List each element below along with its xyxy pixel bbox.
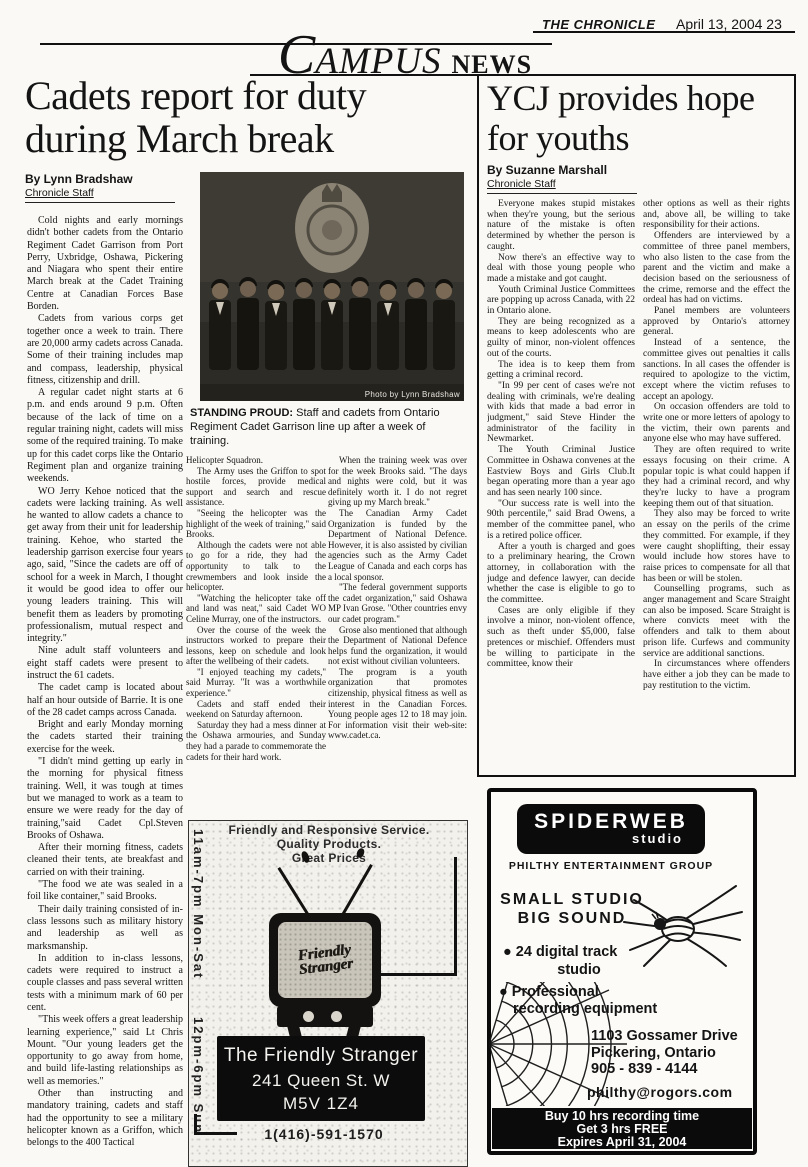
paragraph: Over the course of the week the instruct… [186, 625, 326, 667]
tv-logo: Friendly Stranger [296, 943, 353, 977]
sw-address: 1103 Gossamer Drive Pickering, Ontario 9… [591, 1028, 751, 1078]
paragraph: Now there's an effective way to deal wit… [487, 253, 635, 285]
cadets-column-3: When the training week was over for the … [328, 455, 467, 819]
fs-store-name: The Friendly Stranger [217, 1045, 425, 1067]
paragraph: "I didn't mind getting up early in the m… [27, 756, 183, 842]
fs-postal-code: M5V 1Z4 [217, 1094, 425, 1114]
cadets-byline-name: By Lynn Bradshaw [25, 172, 175, 186]
paragraph: Counselling programs, such as anger mana… [643, 584, 790, 659]
ycj-byline-name: By Suzanne Marshall [487, 163, 637, 177]
fs-info-box: The Friendly Stranger 241 Queen St. W M5… [217, 1036, 425, 1121]
sw-address-line1: 1103 Gossamer Drive [591, 1028, 751, 1045]
friendly-stranger-ad: Friendly and Responsive Service. Quality… [188, 820, 468, 1167]
cadets-byline-org: Chronicle Staff [25, 187, 175, 199]
photo-caption: STANDING PROUD: Staff and cadets from On… [190, 406, 448, 448]
sw-group-name: PHILTHY ENTERTAINMENT GROUP [491, 860, 731, 872]
paragraph: Bright and early Monday morning the cade… [27, 719, 183, 756]
paragraph: The Army uses the Griffon to spot hostil… [186, 466, 326, 508]
paragraph: "Seeing the helicopter was the highlight… [186, 508, 326, 540]
ycj-article-box: YCJ provides hope for youths By Suzanne … [477, 74, 796, 777]
paragraph: "Watching the helicopter take off and la… [186, 593, 326, 625]
paragraph: In circumstances where offenders have ei… [643, 659, 790, 691]
ycj-byline: By Suzanne Marshall Chronicle Staff [487, 163, 637, 194]
paragraph: A regular cadet night starts at 6 p.m. a… [27, 387, 183, 485]
cadets-column-1: Cold nights and early mornings didn't bo… [27, 215, 183, 1153]
tv-base [277, 1006, 373, 1027]
photo-caption-lead: STANDING PROUD: [190, 407, 293, 419]
paragraph: Instead of a sentence, the committee giv… [643, 338, 790, 402]
cadets-headline: Cadets report for duty during March brea… [25, 74, 475, 160]
sw-email: philthy@rogors.com [587, 1084, 733, 1100]
sw-address-line2: Pickering, Ontario [591, 1045, 751, 1062]
paragraph: The idea is to keep them from getting a … [487, 360, 635, 381]
paragraph: Nine adult staff volunteers and eight st… [27, 645, 183, 682]
tv-knob-icon [303, 1011, 314, 1022]
photo-credit: Photo by Lynn Bradshaw [365, 390, 460, 399]
paragraph: Cadets from various corps get together o… [27, 313, 183, 387]
paragraph: On occasion offenders are told to write … [643, 402, 790, 445]
sw-phone: 905 - 839 - 4144 [591, 1061, 751, 1078]
ycj-headline: YCJ provides hope for youths [487, 78, 789, 159]
tv-antenna-right-icon [341, 864, 373, 916]
ycj-byline-org: Chronicle Staff [487, 178, 637, 190]
paragraph: They are being recognized as a means to … [487, 317, 635, 360]
fs-phone: 1(416)-591-1570 [219, 1126, 429, 1142]
sw-offer-banner: Buy 10 hrs recording time Get 3 hrs FREE… [492, 1108, 752, 1149]
paragraph: Youth Criminal Justice Committees are po… [487, 285, 635, 317]
paragraph: Grose also mentioned that although the D… [328, 625, 467, 667]
paragraph: When the training week was over for the … [328, 455, 467, 508]
spiderweb-ad: SPIDERWEB studio PHILTHY ENTERTAINMENT G… [487, 788, 757, 1155]
paragraph: The program is a youth organization that… [328, 667, 467, 741]
paragraph: The Youth Criminal Justice Committee in … [487, 445, 635, 499]
paragraph: After their morning fitness, cadets clea… [27, 842, 183, 879]
fs-tagline-2: Quality Products. [209, 837, 449, 851]
tv-antenna-left-icon [277, 867, 310, 918]
paragraph: In addition to in-class lessons, cadets … [27, 953, 183, 1014]
paragraph: Panel members are volunteers approved by… [643, 306, 790, 338]
cadets-byline: By Lynn Bradshaw Chronicle Staff [25, 172, 175, 203]
paragraph: After a youth is charged and goes to a p… [487, 542, 635, 606]
fs-hours-weekday: 11am-7pm Mon-Sat [191, 829, 206, 979]
paragraph: Cadets and staff ended their weekend on … [186, 699, 326, 720]
paragraph: "This week offers a great leadership lea… [27, 1014, 183, 1088]
paragraph: They also may be forced to write an essa… [643, 509, 790, 584]
paragraph: Saturday they had a mess dinner at the O… [186, 720, 326, 762]
cadets-column-2: Helicopter Squadron.The Army uses the Gr… [186, 455, 326, 819]
tv-screen: Friendly Stranger [278, 922, 372, 998]
tv-illustration: Friendly Stranger [269, 913, 381, 1007]
paragraph: Helicopter Squadron. [186, 455, 326, 466]
fs-street: 241 Queen St. W [217, 1071, 425, 1091]
paragraph: other options as well as their rights an… [643, 199, 790, 231]
paragraph: "The food we ate was sealed in a foil li… [27, 879, 183, 904]
paragraph: Everyone makes stupid mistakes when they… [487, 199, 635, 253]
paragraph: Although the cadets were not able to go … [186, 540, 326, 593]
fs-corner-bracket-top [378, 857, 457, 976]
ycj-column-1: Everyone makes stupid mistakes when they… [487, 199, 635, 767]
sw-bullet1-line1: ● 24 digital track [503, 944, 617, 960]
paragraph: The cadet camp is located about half an … [27, 682, 183, 719]
paragraph: The Canadian Army Cadet Organization is … [328, 508, 467, 582]
paragraph: Offenders are interviewed by a committee… [643, 231, 790, 306]
paragraph: "The federal government supports the cad… [328, 582, 467, 624]
newspaper-page: THE CHRONICLE April 13, 2004 23 CAMPUSNE… [0, 0, 808, 1167]
cadets-photo: Photo by Lynn Bradshaw [200, 172, 464, 401]
sw-bullet1-line2: studio [503, 962, 655, 978]
cadets-photo-image [200, 172, 464, 401]
paragraph: "In 99 per cent of cases we're not deali… [487, 381, 635, 445]
paragraph: "Our success rate is well into the 90th … [487, 499, 635, 542]
paragraph: Cases are only eligible if they involve … [487, 606, 635, 670]
sw-offer-line3: Expires April 31, 2004 [492, 1136, 752, 1149]
masthead-rule-right [533, 31, 795, 33]
paragraph: Cold nights and early mornings didn't bo… [27, 215, 183, 313]
paragraph: WO Jerry Kehoe noticed that the cadets w… [27, 486, 183, 646]
ycj-column-2: other options as well as their rights an… [643, 199, 790, 767]
issue-date: April 13, 2004 23 [676, 16, 782, 32]
paragraph: "I enjoyed teaching my cadets," said Mur… [186, 667, 326, 699]
spiderweb-logo: SPIDERWEB studio [517, 804, 705, 854]
tv-knob-icon [331, 1011, 342, 1022]
paragraph: They are often required to write essays … [643, 445, 790, 509]
fs-tagline-1: Friendly and Responsive Service. [209, 823, 449, 837]
paragraph: Other than instructing and mandatory tra… [27, 1088, 183, 1149]
paragraph: Their daily training consisted of in-cla… [27, 904, 183, 953]
